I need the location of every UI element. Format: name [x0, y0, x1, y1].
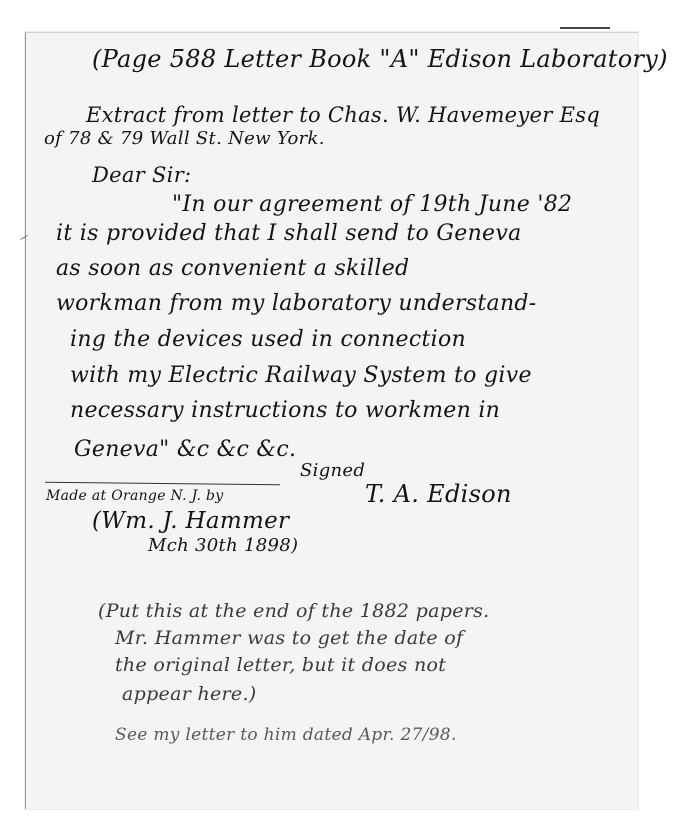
note-line-4: appear here.)	[122, 683, 257, 705]
copier-name: (Wm. J. Hammer	[92, 508, 289, 534]
made-at-note: Made at Orange N. J. by	[46, 488, 223, 504]
page-header: (Page 588 Letter Book "A" Edison Laborat…	[92, 45, 668, 73]
body-line-1: "In our agreement of 19th June '82	[172, 192, 572, 217]
extract-line-2: of 78 & 79 Wall St. New York.	[44, 128, 325, 149]
see-letter-note: See my letter to him dated Apr. 27/98.	[115, 725, 457, 745]
body-line-4: workman from my laboratory understand-	[56, 291, 537, 316]
body-line-6: with my Electric Railway System to give	[70, 363, 532, 388]
copier-date: Mch 30th 1898)	[148, 535, 298, 556]
note-line-3: the original letter, but it does not	[115, 654, 446, 676]
note-line-2: Mr. Hammer was to get the date of	[115, 627, 463, 649]
note-line-1: (Put this at the end of the 1882 papers.	[98, 600, 490, 622]
body-line-5: ing the devices used in connection	[70, 327, 466, 352]
body-line-8: Geneva" &c &c &c.	[74, 437, 296, 462]
signature: T. A. Edison	[365, 480, 512, 508]
body-line-2: it is provided that I shall send to Gene…	[56, 221, 522, 246]
body-line-7: necessary instructions to workmen in	[70, 398, 500, 423]
body-line-3: as soon as convenient a skilled	[56, 256, 409, 281]
top-edge-rule	[560, 27, 610, 29]
salutation: Dear Sir:	[92, 163, 191, 187]
signed-label: Signed	[300, 460, 365, 481]
extract-line-1: Extract from letter to Chas. W. Havemeye…	[86, 103, 600, 127]
